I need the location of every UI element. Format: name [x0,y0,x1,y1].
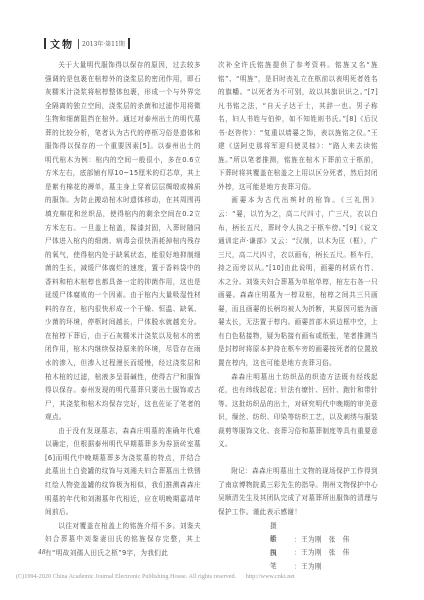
header-bar-left [44,38,46,49]
credit-names: 王为刚 [301,562,322,570]
credits: 摄影：王为刚 张 伟 绘图：王为刚 张 伟 执笔：王为刚 [218,520,378,561]
right-column: 次补全许氏铭旌提供了参考资料。铭旌又名“旌铭”、“明旌”，是旧时丧礼立在柩前以表… [218,59,378,560]
footer-url[interactable]: http://www.cnki.net [246,573,295,580]
paragraph-textiles: 森森庄明墓出土纺织品的织造方法既有经线起花，也有纬线起花；针法有缭针、回针、跑针… [218,371,378,452]
left-column: 关于大量明代服饰得以保存的原因，过去较多强调的是包裹在棺椁外的浇浆层的密闭作用，… [45,59,201,560]
issue-label: 2013年·第11期 [82,39,125,48]
paragraph-preservation: 关于大量明代服饰得以保存的原因，过去较多强调的是包裹在棺椁外的浇浆层的密闭作用，… [45,59,201,425]
running-header: 文物 2013年·第11期 [44,37,130,50]
paragraph-huasha: 画翣本为古代出殡时的棺饰。《三礼图》云：“翣，以竹为之，高二尺四寸，广三尺，衣以… [218,194,378,370]
credit-drawing: 绘图：王为刚 张 伟 [270,533,378,547]
copyright-notice: (C)1994-2020 China Academic Journal Elec… [16,573,236,580]
journal-name: 文物 [50,36,74,51]
header-bar-right [128,38,130,49]
credit-role: 执笔 [270,547,294,574]
paragraph-mingjing: 次补全许氏铭旌提供了参考资料。铭旌又名“旌铭”、“明旌”，是旧时丧礼立在柩前以表… [218,59,378,194]
credit-photography: 摄影：王为刚 张 伟 [270,520,378,534]
paragraph-mingjing-intro: 以往对覆盖在棺盖上的铭旌介绍不多。刘鉴夫妇合葬墓中刘鉴妻田氏的铭旌保存完整，其上… [45,520,201,561]
acknowledgement: 附记：森森庄明墓出土文物的现场保护工作得到了南京博物院奚三彩先生的指导。荆州文物… [218,465,378,519]
page-number: 48 [38,549,46,556]
header-divider [78,39,79,49]
paragraph-dating: 由于没有发现墓志，森森庄明墓的准确年代难以确定，但根据泰州明代早期墓葬多为券顶砖… [45,425,201,520]
footer: (C)1994-2020 China Academic Journal Elec… [16,573,416,580]
